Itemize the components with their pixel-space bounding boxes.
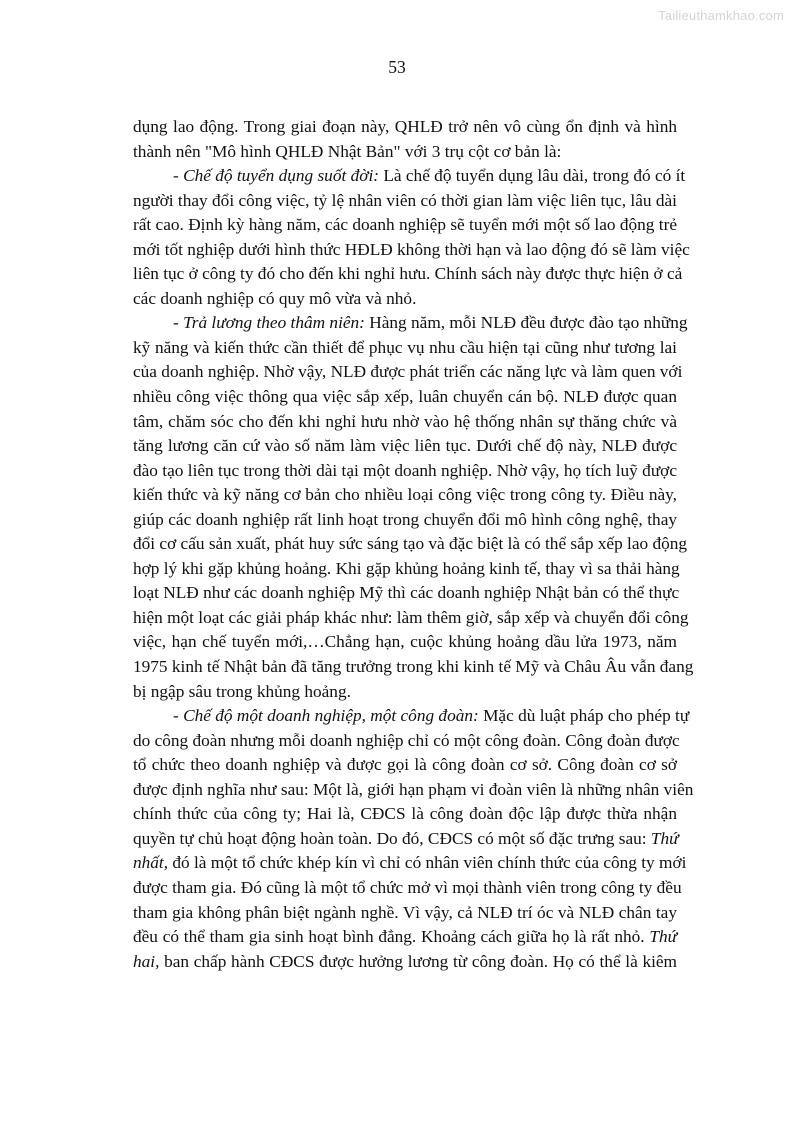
text-line: rất cao. Định kỳ hàng năm, các doanh ngh… <box>133 213 677 238</box>
line-text: rất cao. Định kỳ hàng năm, các doanh ngh… <box>133 215 677 234</box>
text-line: quyền tự chủ hoạt động hoàn toàn. Do đó,… <box>133 827 677 852</box>
text-line: giúp các doanh nghiệp rất linh hoạt tron… <box>133 508 677 533</box>
line-text: Hàng năm, mỗi NLĐ đều được đào tạo những <box>365 313 688 332</box>
line-text: hiện một loạt các giải pháp khác như: là… <box>133 608 689 627</box>
text-line: mới tốt nghiệp dưới hình thức HĐLĐ không… <box>133 238 677 263</box>
line-text: hợp lý khi gặp khủng hoảng. Khi gặp khủn… <box>133 559 680 578</box>
line-text: việc, hạn chế tuyển mới,…Chẳng hạn, cuộc… <box>133 632 677 651</box>
text-line: hai, ban chấp hành CĐCS được hưởng lương… <box>133 950 677 975</box>
text-line: các doanh nghiệp có quy mô vừa và nhỏ. <box>133 287 677 312</box>
line-text: quyền tự chủ hoạt động hoàn toàn. Do đó,… <box>133 829 647 848</box>
text-line: hiện một loạt các giải pháp khác như: là… <box>133 606 677 631</box>
text-line: - Trả lương theo thâm niên: Hàng năm, mỗ… <box>133 311 677 336</box>
text-line: dụng lao động. Trong giai đoạn này, QHLĐ… <box>133 115 677 140</box>
text-line: chính thức của công ty; Hai là, CĐCS là … <box>133 802 677 827</box>
text-line: tăng lương căn cứ vào số năm làm việc li… <box>133 434 677 459</box>
line-text: 1975 kinh tế Nhật bản đã tăng trưởng tro… <box>133 657 693 676</box>
line-text: dụng lao động. Trong giai đoạn này, QHLĐ… <box>133 117 677 136</box>
line-text: nhiều công việc thông qua việc sắp xếp, … <box>133 387 677 406</box>
italic-text: nhất, <box>133 853 168 872</box>
line-text: liên tục ở công ty đó cho đến khi nghỉ h… <box>133 264 682 283</box>
text-line: liên tục ở công ty đó cho đến khi nghỉ h… <box>133 262 677 287</box>
italic-heading: - Chế độ tuyển dụng suốt đời: <box>173 166 379 185</box>
line-text: Mặc dù luật pháp cho phép tự <box>479 706 689 725</box>
line-text: của doanh nghiệp. Nhờ vậy, NLĐ được phát… <box>133 362 682 381</box>
text-line: tâm, chăm sóc cho đến khi nghỉ hưu nhờ v… <box>133 410 677 435</box>
line-text: Là chế độ tuyển dụng lâu dài, trong đó c… <box>379 166 685 185</box>
line-text: đổi cơ cấu sản xuất, phát huy sức sáng t… <box>133 534 687 553</box>
text-line: - Chế độ tuyển dụng suốt đời: Là chế độ … <box>133 164 677 189</box>
line-text: thành nên "Mô hình QHLĐ Nhật Bản" với 3 … <box>133 142 561 161</box>
line-text: bị ngập sâu trong khủng hoảng. <box>133 682 351 701</box>
text-line: việc, hạn chế tuyển mới,…Chẳng hạn, cuộc… <box>133 630 677 655</box>
line-text: mới tốt nghiệp dưới hình thức HĐLĐ không… <box>133 240 690 259</box>
italic-text: Thứ <box>645 927 677 946</box>
text-line: của doanh nghiệp. Nhờ vậy, NLĐ được phát… <box>133 360 677 385</box>
line-text: đào tạo liên tục trong thời dài tại một … <box>133 461 677 480</box>
text-line: 1975 kinh tế Nhật bản đã tăng trưởng tro… <box>133 655 677 680</box>
text-line: kiến thức và kỹ năng cơ bản cho nhiều lo… <box>133 483 677 508</box>
line-text: được định nghĩa như sau: Một là, giới hạ… <box>133 780 693 799</box>
italic-heading: - Trả lương theo thâm niên: <box>173 313 365 332</box>
line-text: tăng lương căn cứ vào số năm làm việc li… <box>133 436 677 455</box>
text-line: bị ngập sâu trong khủng hoảng. <box>133 680 677 705</box>
line-text: kiến thức và kỹ năng cơ bản cho nhiều lo… <box>133 485 677 504</box>
text-line: loạt NLĐ như các doanh nghiệp Mỹ thì các… <box>133 581 677 606</box>
line-text: tham gia không phân biệt ngành nghề. Vì … <box>133 903 677 922</box>
text-line: nhất, đó là một tổ chức khép kín vì chỉ … <box>133 851 677 876</box>
text-line: đổi cơ cấu sản xuất, phát huy sức sáng t… <box>133 532 677 557</box>
line-text: tâm, chăm sóc cho đến khi nghỉ hưu nhờ v… <box>133 412 677 431</box>
line-text: được tham gia. Đó cũng là một tổ chức mở… <box>133 878 682 897</box>
line-text: các doanh nghiệp có quy mô vừa và nhỏ. <box>133 289 416 308</box>
line-text: tổ chức theo doanh nghiệp và được gọi là… <box>133 755 677 774</box>
text-line: do công đoàn nhưng mỗi doanh nghiệp chỉ … <box>133 729 677 754</box>
line-text: giúp các doanh nghiệp rất linh hoạt tron… <box>133 510 677 529</box>
text-line: - Chế độ một doanh nghiệp, một công đoàn… <box>133 704 677 729</box>
body-text: dụng lao động. Trong giai đoạn này, QHLĐ… <box>133 115 677 974</box>
line-text: loạt NLĐ như các doanh nghiệp Mỹ thì các… <box>133 583 679 602</box>
text-line: nhiều công việc thông qua việc sắp xếp, … <box>133 385 677 410</box>
text-line: người thay đổi công việc, tỷ lệ nhân viê… <box>133 189 677 214</box>
text-line: tham gia không phân biệt ngành nghề. Vì … <box>133 901 677 926</box>
text-line: được định nghĩa như sau: Một là, giới hạ… <box>133 778 677 803</box>
line-text: đó là một tổ chức khép kín vì chỉ có nhâ… <box>168 853 686 872</box>
watermark: Tailieuthamkhao.com <box>658 8 784 23</box>
line-text: ban chấp hành CĐCS được hưởng lương từ c… <box>159 952 677 971</box>
page-number: 53 <box>0 57 794 78</box>
text-line: thành nên "Mô hình QHLĐ Nhật Bản" với 3 … <box>133 140 677 165</box>
line-text: kỹ năng và kiến thức cần thiết để phục v… <box>133 338 677 357</box>
text-line: đào tạo liên tục trong thời dài tại một … <box>133 459 677 484</box>
italic-text: hai, <box>133 952 159 971</box>
line-text: người thay đổi công việc, tỷ lệ nhân viê… <box>133 191 677 210</box>
italic-heading: - Chế độ một doanh nghiệp, một công đoàn… <box>173 706 479 725</box>
italic-text: Thứ <box>647 829 679 848</box>
line-text: do công đoàn nhưng mỗi doanh nghiệp chỉ … <box>133 731 680 750</box>
text-line: tổ chức theo doanh nghiệp và được gọi là… <box>133 753 677 778</box>
text-line: được tham gia. Đó cũng là một tổ chức mở… <box>133 876 677 901</box>
text-line: kỹ năng và kiến thức cần thiết để phục v… <box>133 336 677 361</box>
text-line: hợp lý khi gặp khủng hoảng. Khi gặp khủn… <box>133 557 677 582</box>
line-text: chính thức của công ty; Hai là, CĐCS là … <box>133 804 677 823</box>
text-line: đều có thể tham gia sinh hoạt bình đẳng.… <box>133 925 677 950</box>
line-text: đều có thể tham gia sinh hoạt bình đẳng.… <box>133 927 645 946</box>
